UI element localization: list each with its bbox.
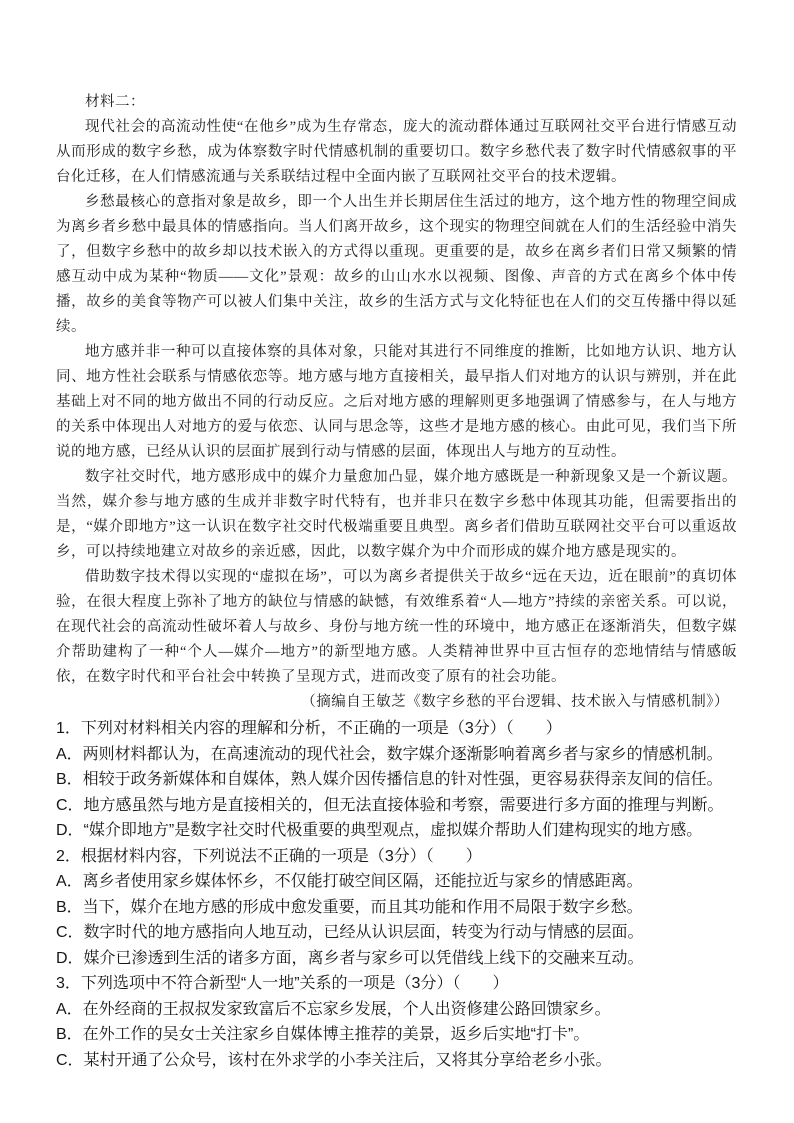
material-paragraph-3: 地方感并非一种可以直接体察的具体对象，只能对其进行不同维度的推断，比如地方认识、… [56, 340, 737, 465]
material-paragraph-4: 数字社交时代，地方感形成中的媒介力量愈加凸显，媒介地方感既是一种新现象又是一个新… [56, 465, 737, 565]
question-1-option-c: C．地方感虽然与地方是直接相关的，但无法直接体验和考察，需要进行多方面的推理与判… [56, 793, 737, 819]
question-2-option-c: C．数字时代的地方感指向人地互动，已经从认识层面，转变为行动与情感的层面。 [56, 920, 737, 946]
question-1-option-a: A．两则材料都认为，在高速流动的现代社会，数字媒介逐渐影响着离乡者与家乡的情感机… [56, 742, 737, 768]
material-label: 材料二： [56, 90, 737, 115]
material-paragraph-2: 乡愁最核心的意指对象是故乡，即一个人出生并长期居住生活过的地方，这个地方性的物理… [56, 190, 737, 340]
exam-page: 材料二： 现代社会的高流动性使“在他乡”成为生存常态，庞大的流动群体通过互联网社… [0, 0, 794, 1123]
question-3-option-b: B．在外工作的吴女士关注家乡自媒体博主推荐的美景，返乡后实地“打卡”。 [56, 1022, 737, 1048]
material-paragraph-1: 现代社会的高流动性使“在他乡”成为生存常态，庞大的流动群体通过互联网社交平台进行… [56, 115, 737, 190]
question-3-option-a: A．在外经商的王叔叔发家致富后不忘家乡发展，个人出资修建公路回馈家乡。 [56, 997, 737, 1023]
question-2-option-b: B．当下，媒介在地方感的形成中愈发重要，而且其功能和作用不局限于数字乡愁。 [56, 895, 737, 921]
questions-section: 1．下列对材料相关内容的理解和分析，不正确的一项是（3分）（ ） A．两则材料都… [56, 716, 737, 1073]
question-3-option-c: C．某村开通了公众号，该村在外求学的小李关注后，又将其分享给老乡小张。 [56, 1048, 737, 1074]
question-1-option-b: B．相较于政务新媒体和自媒体，熟人媒介因传播信息的针对性强，更容易获得亲友间的信… [56, 767, 737, 793]
material-section: 材料二： 现代社会的高流动性使“在他乡”成为生存常态，庞大的流动群体通过互联网社… [56, 90, 737, 715]
question-2-option-a: A．离乡者使用家乡媒体怀乡，不仅能打破空间区隔，还能拉近与家乡的情感距离。 [56, 869, 737, 895]
attribution-line: （摘编自王敏芝《数字乡愁的平台逻辑、技术嵌入与情感机制》） [56, 690, 737, 715]
question-1-stem: 1．下列对材料相关内容的理解和分析，不正确的一项是（3分）（ ） [56, 716, 737, 742]
question-2-option-d: D．媒介已渗透到生活的诸多方面，离乡者与家乡可以凭借线上线下的交融来互动。 [56, 946, 737, 972]
question-2-stem: 2．根据材料内容，下列说法不正确的一项是（3分）（ ） [56, 844, 737, 870]
question-1-option-d: D．“媒介即地方”是数字社交时代极重要的典型观点，虚拟媒介帮助人们建构现实的地方… [56, 818, 737, 844]
question-3-stem: 3．下列选项中不符合新型“人一地”关系的一项是（3分）（ ） [56, 971, 737, 997]
material-paragraph-5: 借助数字技术得以实现的“虚拟在场”，可以为离乡者提供关于故乡“远在天边，近在眼前… [56, 565, 737, 690]
